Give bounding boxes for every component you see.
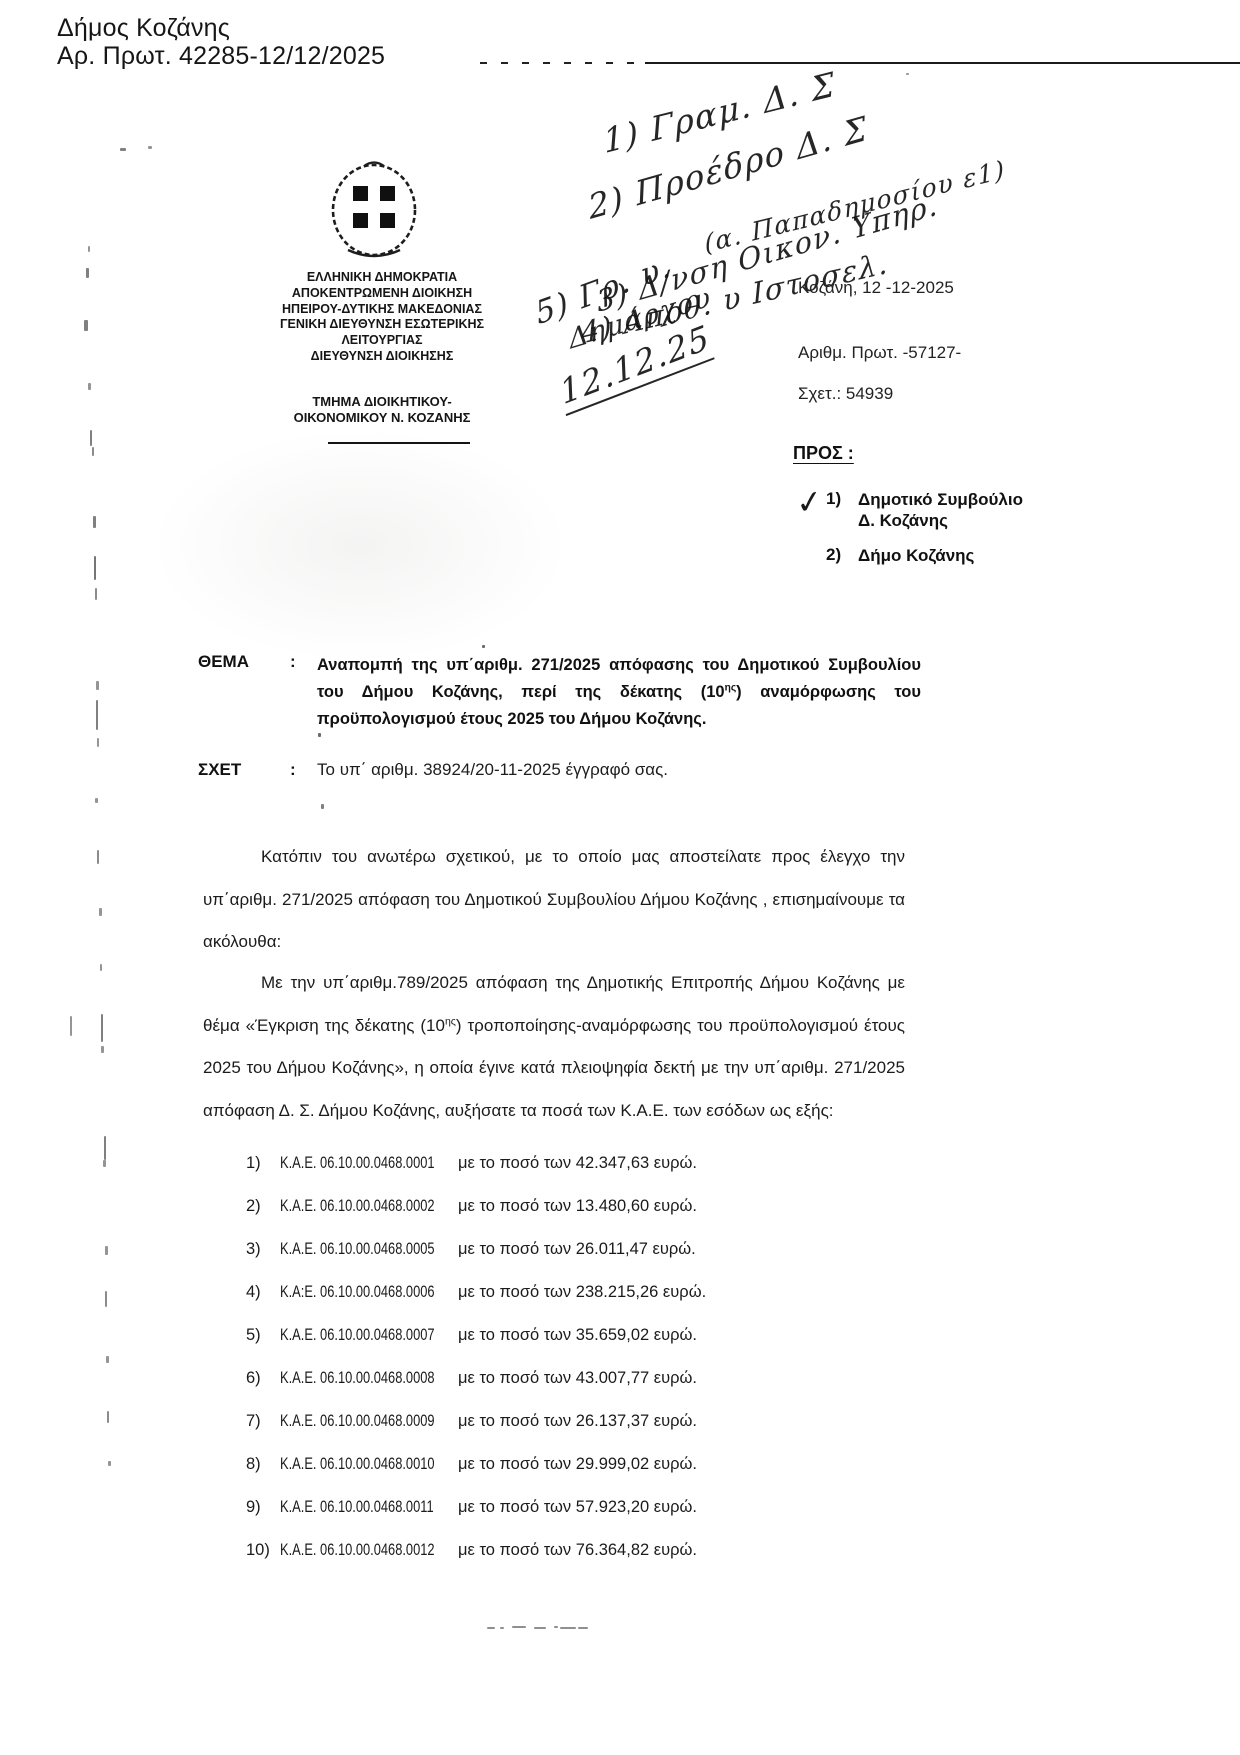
kae-item-number: 8) [246, 1455, 280, 1474]
related-number: Σχετ.: 54939 [798, 384, 893, 404]
scan-artifact [88, 383, 91, 390]
kae-item-code: Κ.Α.Ε. 06.10.00.0468.0005 [280, 1240, 435, 1259]
scan-artifact [148, 146, 152, 149]
kae-item-number: 4) [246, 1283, 280, 1302]
kae-item-code: Κ.Α:Ε. 06.10.00.0468.0006 [280, 1283, 435, 1302]
scan-artifact [97, 738, 99, 747]
kae-list-item: 1)Κ.Α.Ε. 06.10.00.0468.0001με το ποσό τω… [246, 1142, 946, 1185]
body-paragraph-1: Κατόπιν του ανωτέρω σχετικού, με το οποί… [203, 836, 905, 964]
scan-artifact [105, 1246, 108, 1255]
kae-item-code: Κ.Α.Ε. 06.10.00.0468.0008 [280, 1369, 435, 1388]
scan-artifact-dash [578, 1627, 588, 1629]
department-line: ΟΙΚΟΝΟΜΙΚΟΥ Ν. ΚΟΖΑΝΗΣ [262, 410, 502, 426]
kae-item-number: 9) [246, 1498, 280, 1517]
kae-item-code: Κ.Α.Ε. 06.10.00.0468.0009 [280, 1412, 435, 1431]
scan-artifact [482, 645, 485, 648]
kae-item-amount: με το ποσό των 238.215,26 ευρώ. [458, 1283, 706, 1302]
kae-item-number: 2) [246, 1197, 280, 1216]
scan-artifact [105, 1291, 107, 1307]
reference-label: ΣΧΕΤ [198, 760, 241, 780]
scan-artifact [84, 320, 88, 331]
scan-artifact [88, 246, 90, 252]
place-and-date: Κοζάνη, 12 -12-2025 [798, 278, 954, 298]
kae-item-amount: με το ποσό των 57.923,20 ευρώ. [458, 1498, 697, 1517]
recipient-2-number: 2) [826, 545, 841, 565]
scan-artifact [104, 1136, 106, 1160]
recipients-heading: ΠΡΟΣ : [793, 443, 854, 464]
scan-artifact [70, 1016, 72, 1036]
letterhead-line: ΑΠΟΚΕΝΤΡΩΜΕΝΗ ΔΙΟΙΚΗΣΗ [262, 286, 502, 302]
scan-artifact [101, 1046, 104, 1053]
letterhead-department-block: ΤΜΗΜΑ ΔΙΟΙΚΗΤΙΚΟΥ- ΟΙΚΟΝΟΜΙΚΟΥ Ν. ΚΟΖΑΝΗ… [262, 394, 502, 425]
scan-artifact-dash [487, 1627, 495, 1629]
scan-artifact [96, 681, 99, 690]
kae-item-amount: με το ποσό των 43.007,77 ευρώ. [458, 1369, 697, 1388]
kae-item-number: 1) [246, 1154, 280, 1173]
scan-artifact [101, 1014, 103, 1042]
kae-item-number: 3) [246, 1240, 280, 1259]
body-paragraph-2-superscript: ης [445, 1015, 456, 1027]
scan-artifact [90, 430, 92, 446]
scan-artifact [120, 148, 126, 151]
reference-colon: : [290, 760, 296, 780]
scan-artifact [93, 516, 96, 528]
erased-stamp-blob [150, 428, 570, 663]
protocol-stamp-municipality: Δήμος Κοζάνης [57, 14, 230, 43]
kae-list-item: 9)Κ.Α.Ε. 06.10.00.0468.0011με το ποσό τω… [246, 1486, 946, 1529]
scan-artifact [95, 798, 98, 803]
kae-amounts-list: 1)Κ.Α.Ε. 06.10.00.0468.0001με το ποσό τω… [246, 1142, 946, 1572]
scan-edge-line-solid [645, 62, 1240, 64]
scan-artifact [92, 447, 94, 456]
kae-list-item: 7)Κ.Α.Ε. 06.10.00.0468.0009με το ποσό τω… [246, 1400, 946, 1443]
scan-artifact [103, 1160, 106, 1167]
subject-colon: : [290, 652, 296, 672]
kae-item-code: Κ.Α.Ε. 06.10.00.0468.0012 [280, 1541, 435, 1560]
kae-item-amount: με το ποσό των 26.011,47 ευρώ. [458, 1240, 696, 1259]
kae-list-item: 8)Κ.Α.Ε. 06.10.00.0468.0010με το ποσό τω… [246, 1443, 946, 1486]
kae-list-item: 3)Κ.Α.Ε. 06.10.00.0468.0005με το ποσό τω… [246, 1228, 946, 1271]
scan-artifact [107, 1411, 109, 1423]
handwritten-checkmark-icon: ✓ [793, 481, 825, 522]
scan-artifact [318, 733, 321, 737]
letterhead-line: ΗΠΕΙΡΟΥ-ΔΥΤΙΚΗΣ ΜΑΚΕΔΟΝΙΑΣ [262, 302, 502, 318]
scan-artifact [96, 700, 98, 730]
kae-list-item: 5)Κ.Α.Ε. 06.10.00.0468.0007με το ποσό τω… [246, 1314, 946, 1357]
kae-list-item: 6)Κ.Α.Ε. 06.10.00.0468.0008με το ποσό τω… [246, 1357, 946, 1400]
reference-text: Το υπ΄ αριθμ. 38924/20-11-2025 έγγραφό σ… [317, 760, 668, 780]
subject-label: ΘΕΜΑ [198, 652, 249, 672]
letterhead-line: ΓΕΝΙΚΗ ΔΙΕΥΘΥΝΣΗ ΕΣΩΤΕΡΙΚΗΣ [262, 317, 502, 333]
protocol-number: Αριθμ. Πρωτ. -57127- [798, 343, 961, 363]
scan-artifact [94, 556, 96, 580]
kae-item-number: 6) [246, 1369, 280, 1388]
recipient-1-name: Δημοτικό Συμβούλιο Δ. Κοζάνης [858, 489, 1036, 531]
scan-edge-line-dashed [480, 62, 645, 64]
letterhead-authority-block: ΕΛΛΗΝΙΚΗ ΔΗΜΟΚΡΑΤΙΑ ΑΠΟΚΕΝΤΡΩΜΕΝΗ ΔΙΟΙΚΗ… [262, 270, 502, 365]
scan-artifact [86, 268, 89, 278]
letterhead-line: ΛΕΙΤΟΥΡΓΙΑΣ [262, 333, 502, 349]
recipient-2-name: Δήμο Κοζάνης [858, 545, 1036, 566]
kae-item-amount: με το ποσό των 26.137,37 ευρώ. [458, 1412, 697, 1431]
kae-item-code: Κ.Α.Ε. 06.10.00.0468.0010 [280, 1455, 435, 1474]
kae-item-amount: με το ποσό των 29.999,02 ευρώ. [458, 1455, 697, 1474]
scan-artifact [95, 588, 97, 600]
protocol-stamp-number: Αρ. Πρωτ. 42285-12/12/2025 [57, 42, 385, 71]
scan-artifact-dash [534, 1627, 546, 1629]
scan-artifact [100, 964, 102, 971]
scan-artifact-dash [560, 1627, 576, 1629]
letterhead-line: ΔΙΕΥΘΥΝΣΗ ΔΙΟΙΚΗΣΗΣ [262, 349, 502, 365]
kae-item-amount: με το ποσό των 13.480,60 ευρώ. [458, 1197, 697, 1216]
kae-item-amount: με το ποσό των 76.364,82 ευρώ. [458, 1541, 697, 1560]
kae-list-item: 10)Κ.Α.Ε. 06.10.00.0468.0012με το ποσό τ… [246, 1529, 946, 1572]
body-paragraph-2: Με την υπ΄αριθμ.789/2025 απόφαση της Δημ… [203, 962, 905, 1132]
scan-artifact-dash [512, 1626, 526, 1628]
kae-item-code: Κ.Α.Ε. 06.10.00.0468.0011 [280, 1498, 434, 1517]
kae-item-code: Κ.Α.Ε. 06.10.00.0468.0001 [280, 1154, 435, 1173]
scan-artifact [106, 1356, 109, 1363]
scan-artifact [906, 73, 909, 75]
kae-list-item: 2)Κ.Α.Ε. 06.10.00.0468.0002με το ποσό τω… [246, 1185, 946, 1228]
kae-item-number: 7) [246, 1412, 280, 1431]
scan-artifact-dash [554, 1626, 558, 1628]
greek-national-emblem-icon [328, 158, 420, 265]
kae-item-code: Κ.Α.Ε. 06.10.00.0468.0002 [280, 1197, 435, 1216]
scan-artifact [321, 804, 324, 809]
kae-item-number: 10) [246, 1541, 280, 1560]
recipient-1-number: 1) [826, 489, 841, 509]
kae-item-code: Κ.Α.Ε. 06.10.00.0468.0007 [280, 1326, 435, 1345]
department-line: ΤΜΗΜΑ ΔΙΟΙΚΗΤΙΚΟΥ- [262, 394, 502, 410]
kae-item-amount: με το ποσό των 42.347,63 ευρώ. [458, 1154, 697, 1173]
subject-superscript: ης [725, 683, 737, 694]
letterhead-line: ΕΛΛΗΝΙΚΗ ΔΗΜΟΚΡΑΤΙΑ [262, 270, 502, 286]
kae-item-amount: με το ποσό των 35.659,02 ευρώ. [458, 1326, 697, 1345]
scan-artifact [97, 850, 99, 864]
kae-item-number: 5) [246, 1326, 280, 1345]
subject-text: Αναπομπή της υπ΄αριθμ. 271/2025 απόφασης… [317, 652, 921, 733]
scan-artifact [99, 908, 102, 916]
scan-artifact-dash [500, 1627, 504, 1629]
kae-list-item: 4)Κ.Α:Ε. 06.10.00.0468.0006με το ποσό τω… [246, 1271, 946, 1314]
scan-artifact [108, 1461, 111, 1466]
scanned-document-page: Δήμος Κοζάνης Αρ. Πρωτ. 42285-12/12/2025… [0, 0, 1240, 1755]
